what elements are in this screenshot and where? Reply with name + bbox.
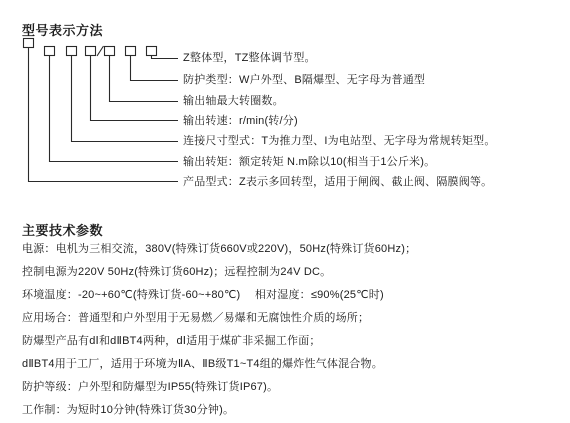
model-code-box-3 [67, 47, 77, 56]
connector-line-6 [50, 56, 179, 162]
connector-line-2 [131, 56, 179, 81]
param-line-application: 应用场合：普通型和户外型用于无易燃／易爆和无腐蚀性介质的场所； [22, 307, 562, 330]
model-code-diagram [0, 0, 200, 200]
document-page: 型号表示方法 Z整体型，TZ整体调节型。 防护类型：W户外型、B隔爆型、无字母为… [0, 0, 570, 423]
param-line-explosion-2: dⅡBT4用于工厂，适用于环境为ⅡA、ⅡB级T1~T4组的爆炸性气体混合物。 [22, 353, 562, 376]
model-code-box-2 [45, 47, 55, 56]
param-line-temperature: 环境温度：-20~+60℃(特殊订货-60~+80℃) 相对湿度：≤90%(25… [22, 284, 562, 307]
model-code-box-7 [147, 47, 157, 56]
code-label-integral-type: Z整体型，TZ整体调节型。 [183, 51, 316, 65]
slash-separator [97, 46, 104, 56]
param-line-ip-rating: 防护等级：户外型和防爆型为IP55(特殊订货IP67)。 [22, 376, 562, 399]
code-label-product-type: 产品型式：Z表示多回转型，适用于闸阀、截止阀、隔膜阀等。 [183, 175, 492, 189]
param-line-power: 电源：电机为三相交流，380V(特殊订货660V或220V)，50Hz(特殊订货… [22, 238, 562, 261]
code-label-output-speed: 输出转速：r/min(转/分) [183, 114, 298, 128]
code-label-protection-type: 防护类型：W户外型、B隔爆型、无字母为普通型 [183, 73, 425, 87]
params-section-title: 主要技术参数 [22, 220, 103, 239]
model-code-box-4 [86, 47, 96, 56]
connector-line-3 [110, 56, 179, 102]
param-line-explosion-1: 防爆型产品有dⅠ和dⅡBT4两种，dⅠ适用于煤矿非采掘工作面； [22, 330, 562, 353]
params-text-block: 电源：电机为三相交流，380V(特殊订货660V或220V)，50Hz(特殊订货… [22, 238, 562, 422]
connector-line-5 [72, 56, 179, 142]
code-label-connection-size: 连接尺寸型式：T为推力型、I为电站型、无字母为常规转矩型。 [183, 134, 496, 148]
connector-line-4 [91, 56, 179, 121]
model-code-box-5 [105, 47, 115, 56]
code-label-output-torque: 输出转矩：额定转矩 N.m除以10(相当于1公斤米)。 [183, 155, 435, 169]
model-code-box-1 [24, 39, 34, 48]
code-label-max-turns: 输出轴最大转圈数。 [183, 94, 284, 108]
param-line-control: 控制电源为220V 50Hz(特殊订货60Hz)；远程控制为24V DC。 [22, 261, 562, 284]
param-line-duty-cycle: 工作制：为短时10分钟(特殊订货30分钟)。 [22, 399, 562, 422]
model-code-box-6 [126, 47, 136, 56]
